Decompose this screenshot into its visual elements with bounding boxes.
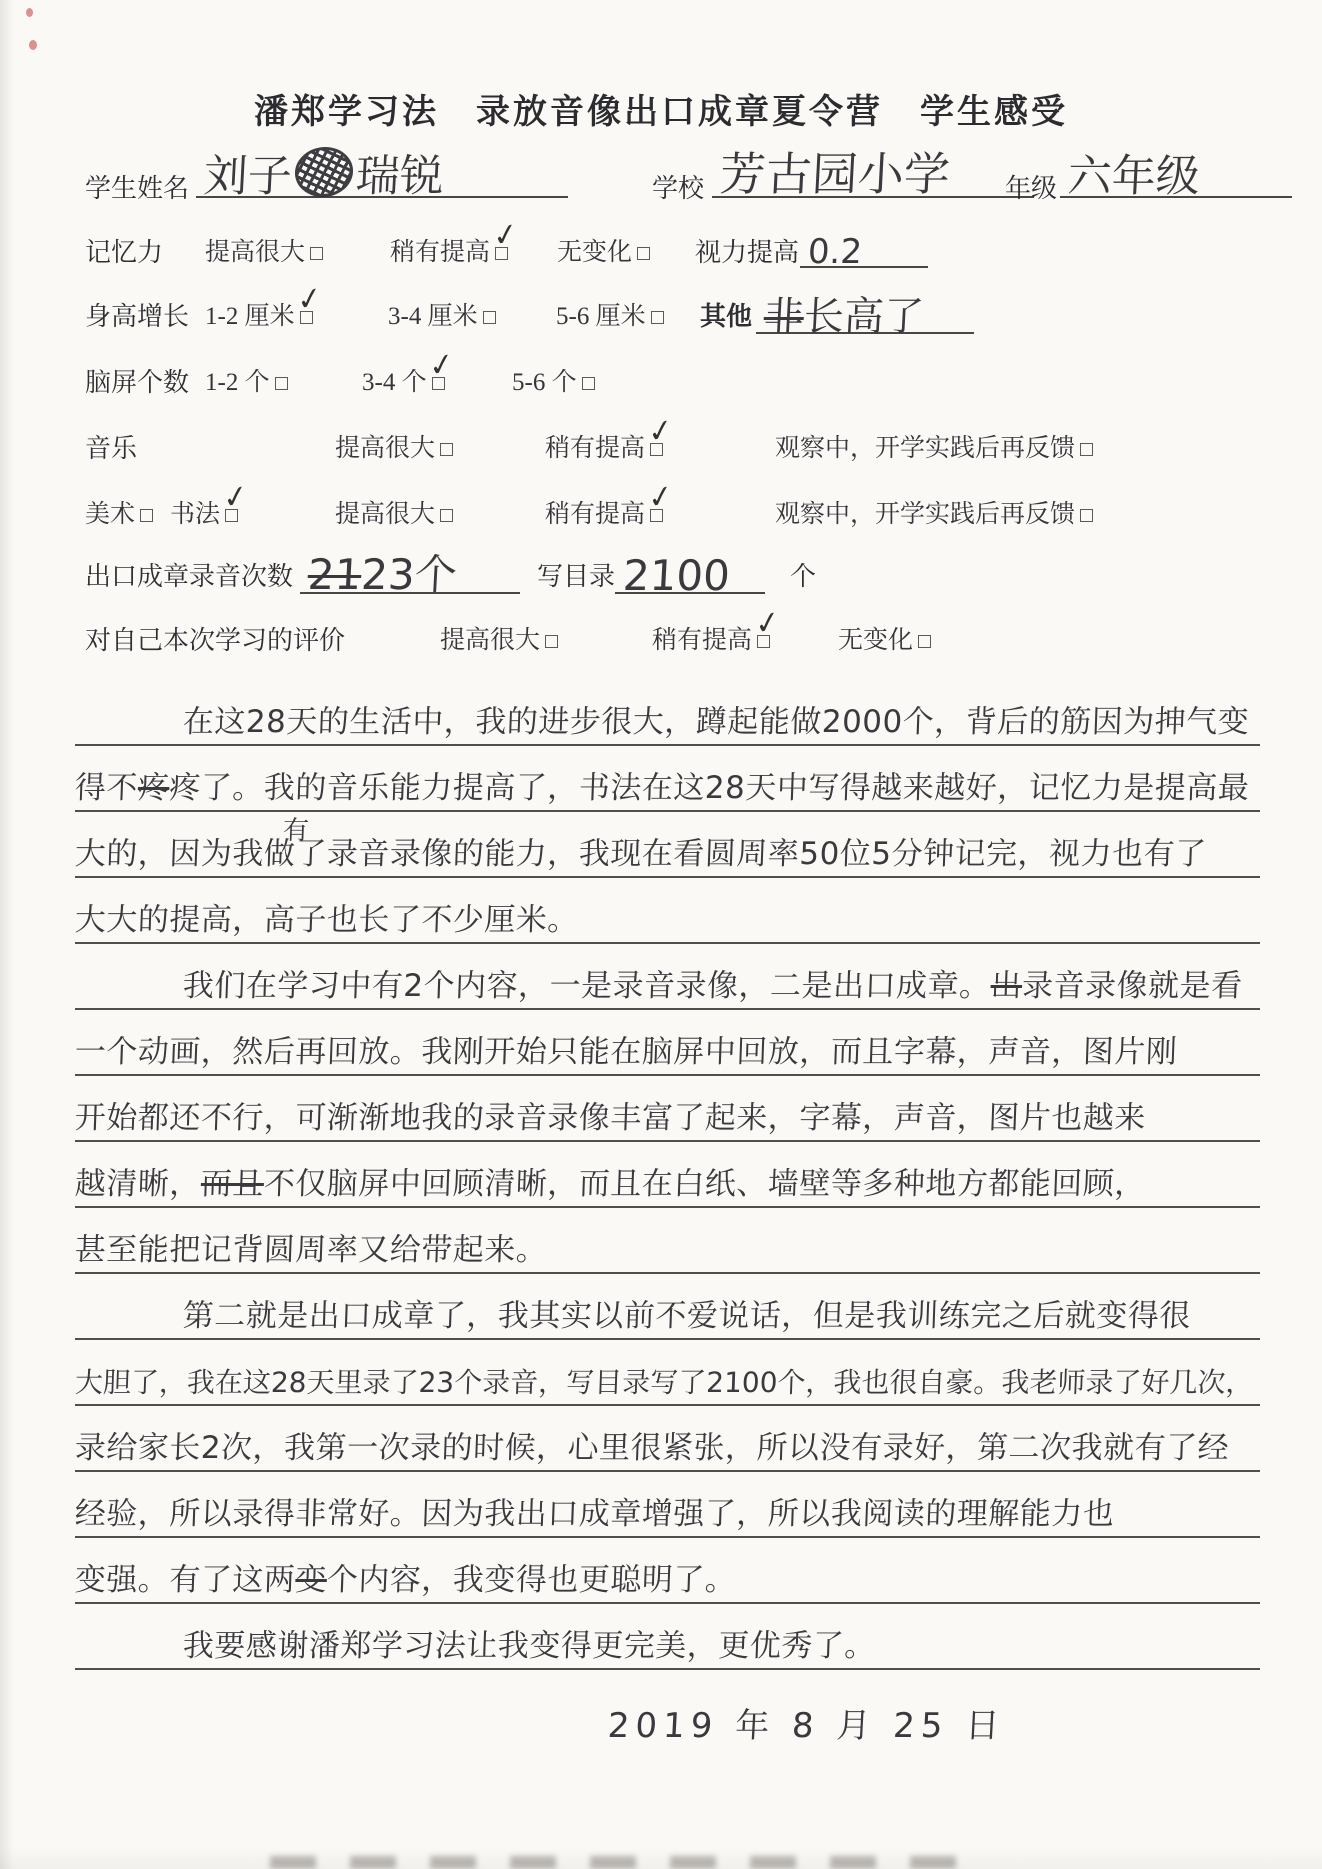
red-speck-top: [26, 8, 33, 17]
option-3-4: 3-4 个✓: [362, 362, 445, 398]
checkbox-icon: [582, 377, 595, 390]
option-improved-a-lot: 提高很大: [205, 232, 323, 268]
catalog-field: 2100: [615, 570, 765, 594]
vision-field: 0.2: [800, 244, 928, 268]
option-slightly-improved: 稍有提高✓: [390, 232, 508, 268]
option-observe-feedback: 观察中，开学实践后再反馈: [775, 428, 1093, 464]
vision-label: 视力提高: [695, 232, 799, 269]
checkmark-icon: ✓: [646, 478, 675, 518]
vision-value: 0.2: [807, 232, 863, 272]
row-label: 脑屏个数: [85, 362, 189, 399]
row-label: 音乐: [85, 428, 137, 465]
essay-line: 大大的提高，高子也长了不少厘米。: [75, 878, 1260, 944]
option-5-6cm: 5-6 厘米: [556, 296, 664, 332]
option-observe-feedback: 观察中，开学实践后再反馈: [775, 494, 1093, 530]
option-slightly-improved: 稍有提高✓: [545, 428, 663, 464]
scribble-blob: [294, 147, 355, 197]
checkbox-icon: [440, 509, 453, 522]
checkbox-icon: [483, 311, 496, 324]
checkmark-icon: ✓: [753, 604, 782, 644]
form-title: 潘郑学习法 录放音像出口成章夏令营 学生感受: [0, 84, 1322, 133]
catalog-unit: 个: [790, 556, 816, 593]
recordings-field: 2123个: [300, 570, 520, 594]
essay-line: 越清晰，而且不仅脑屏中回顾清晰，而且在白纸、墙壁等多种地方都能回顾，: [75, 1142, 1260, 1208]
form-row-self-evaluation: 对自己本次学习的评价 提高很大 稍有提高✓ 无变化: [0, 620, 1322, 670]
form-row-recordings: 出口成章录音次数 2123个 写目录 2100 个: [0, 556, 1322, 606]
essay-line: 经验，所以录得非常好。因为我出口成章增强了，所以我阅读的理解能力也: [75, 1472, 1260, 1538]
checkbox-icon: [545, 635, 558, 648]
handwritten-date: 2019 年 8 月 25 日: [607, 1698, 1007, 1747]
form-row-art-calligraphy: 美术 书法✓ 提高很大 稍有提高✓ 观察中，开学实践后再反馈: [0, 494, 1322, 544]
option-no-change: 无变化: [838, 620, 931, 656]
student-name-value: 刘子瑞锐: [202, 140, 445, 204]
essay-line: 甚至能把记背圆周率又给带起来。: [75, 1208, 1260, 1274]
checkbox-icon: [275, 377, 288, 390]
essay-line: 一个动画，然后再回放。我刚开始只能在脑屏中回放，而且字幕，声音，图片刚: [75, 1010, 1260, 1076]
row-label: 记忆力: [85, 232, 163, 269]
essay-line: 开始都还不行，可渐渐地我的录音录像丰富了起来，字幕，声音，图片也越来: [75, 1076, 1260, 1142]
essay-line: 有 大的，因为我做了录音录像的能力，我现在看圆周率50位5分钟记完，视力也有了: [75, 812, 1260, 878]
checkmark-icon: ✓: [491, 216, 520, 256]
essay-line: 我要感谢潘郑学习法让我变得更完美，更优秀了。: [75, 1604, 1260, 1670]
option-calligraphy: 书法✓: [170, 494, 238, 530]
essay-line: 变强。有了这两变个内容，我变得也更聪明了。: [75, 1538, 1260, 1604]
next-page-bleed-smudge: [270, 1856, 960, 1869]
form-row-height: 身高增长 1-2 厘米✓ 3-4 厘米 5-6 厘米 其他 非长高了: [0, 296, 1322, 346]
essay-line: 我们在学习中有2个内容，一是录音录像，二是出口成章。出录音录像就是看: [75, 944, 1260, 1010]
option-1-2: 1-2 个: [205, 362, 288, 398]
checkmark-icon: ✓: [427, 346, 456, 386]
option-slightly-improved: 稍有提高✓: [545, 494, 663, 530]
option-improved-a-lot: 提高很大: [335, 494, 453, 530]
essay-line: 录给家长2次，我第一次录的时候，心里很紧张，所以没有录好，第二次我就有了经: [75, 1406, 1260, 1472]
header-row: 学生姓名 刘子瑞锐 学校 芳古园小学 年级 六年级: [0, 150, 1322, 220]
option-5-6: 5-6 个: [512, 362, 595, 398]
checkbox-icon: [310, 247, 323, 260]
option-art: 美术: [85, 494, 153, 530]
form-row-brain-screens: 脑屏个数 1-2 个 3-4 个✓ 5-6 个: [0, 362, 1322, 412]
checkbox-icon: [637, 247, 650, 260]
red-speck-bottom: [29, 40, 37, 50]
school-value: 芳古园小学: [718, 138, 951, 204]
checkmark-icon: ✓: [221, 478, 250, 518]
student-name-label: 学生姓名: [85, 168, 189, 205]
student-name-field: 刘子瑞锐: [196, 150, 568, 198]
other-field: 非长高了: [756, 310, 974, 334]
checkbox-icon: [140, 509, 153, 522]
row-label: 对自己本次学习的评价: [85, 620, 345, 657]
grade-value: 六年级: [1066, 140, 1201, 204]
school-field: 芳古园小学: [712, 150, 1034, 198]
checkbox-icon: [918, 635, 931, 648]
catalog-value: 2100: [622, 551, 731, 600]
other-value: 非长高了: [763, 285, 926, 342]
row-label: 身高增长: [85, 296, 189, 333]
checkbox-icon: [440, 443, 453, 456]
grade-label: 年级: [1005, 168, 1057, 205]
scanned-feedback-form: 潘郑学习法 录放音像出口成章夏令营 学生感受 学生姓名 刘子瑞锐 学校 芳古园小…: [0, 0, 1322, 1869]
essay-line: 在这28天的生活中，我的进步很大，蹲起能做2000个，背后的筋因为抻气变: [75, 680, 1260, 746]
grade-field: 六年级: [1060, 150, 1292, 198]
option-improved-a-lot: 提高很大: [335, 428, 453, 464]
checkbox-icon: [1080, 509, 1093, 522]
checkbox-icon: [1080, 443, 1093, 456]
essay-line: 大胆了，我在这28天里录了23个录音，写目录写了2100个，我也很自豪。我老师录…: [75, 1340, 1260, 1406]
option-no-change: 无变化: [557, 232, 650, 268]
school-label: 学校: [652, 168, 704, 205]
catalog-label: 写目录: [537, 556, 615, 593]
essay-line: 得不疼疼了。我的音乐能力提高了，书法在这28天中写得越来越好，记忆力是提高最: [75, 746, 1260, 812]
form-row-memory: 记忆力 提高很大 稍有提高✓ 无变化 视力提高 0.2: [0, 232, 1322, 282]
checkmark-icon: ✓: [295, 280, 324, 320]
checkmark-icon: ✓: [646, 412, 675, 452]
option-1-2cm: 1-2 厘米✓: [205, 296, 313, 332]
option-improved-a-lot: 提高很大: [440, 620, 558, 656]
checkbox-icon: [651, 311, 664, 324]
recordings-value: 2123个: [306, 542, 458, 602]
option-slightly-improved: 稍有提高✓: [652, 620, 770, 656]
row-label: 出口成章录音次数: [85, 556, 293, 593]
option-3-4cm: 3-4 厘米: [388, 296, 496, 332]
other-label: 其他: [700, 296, 752, 333]
form-row-music: 音乐 提高很大 稍有提高✓ 观察中，开学实践后再反馈: [0, 428, 1322, 478]
essay-line: 第二就是出口成章了，我其实以前不爱说话，但是我训练完之后就变得很: [75, 1274, 1260, 1340]
